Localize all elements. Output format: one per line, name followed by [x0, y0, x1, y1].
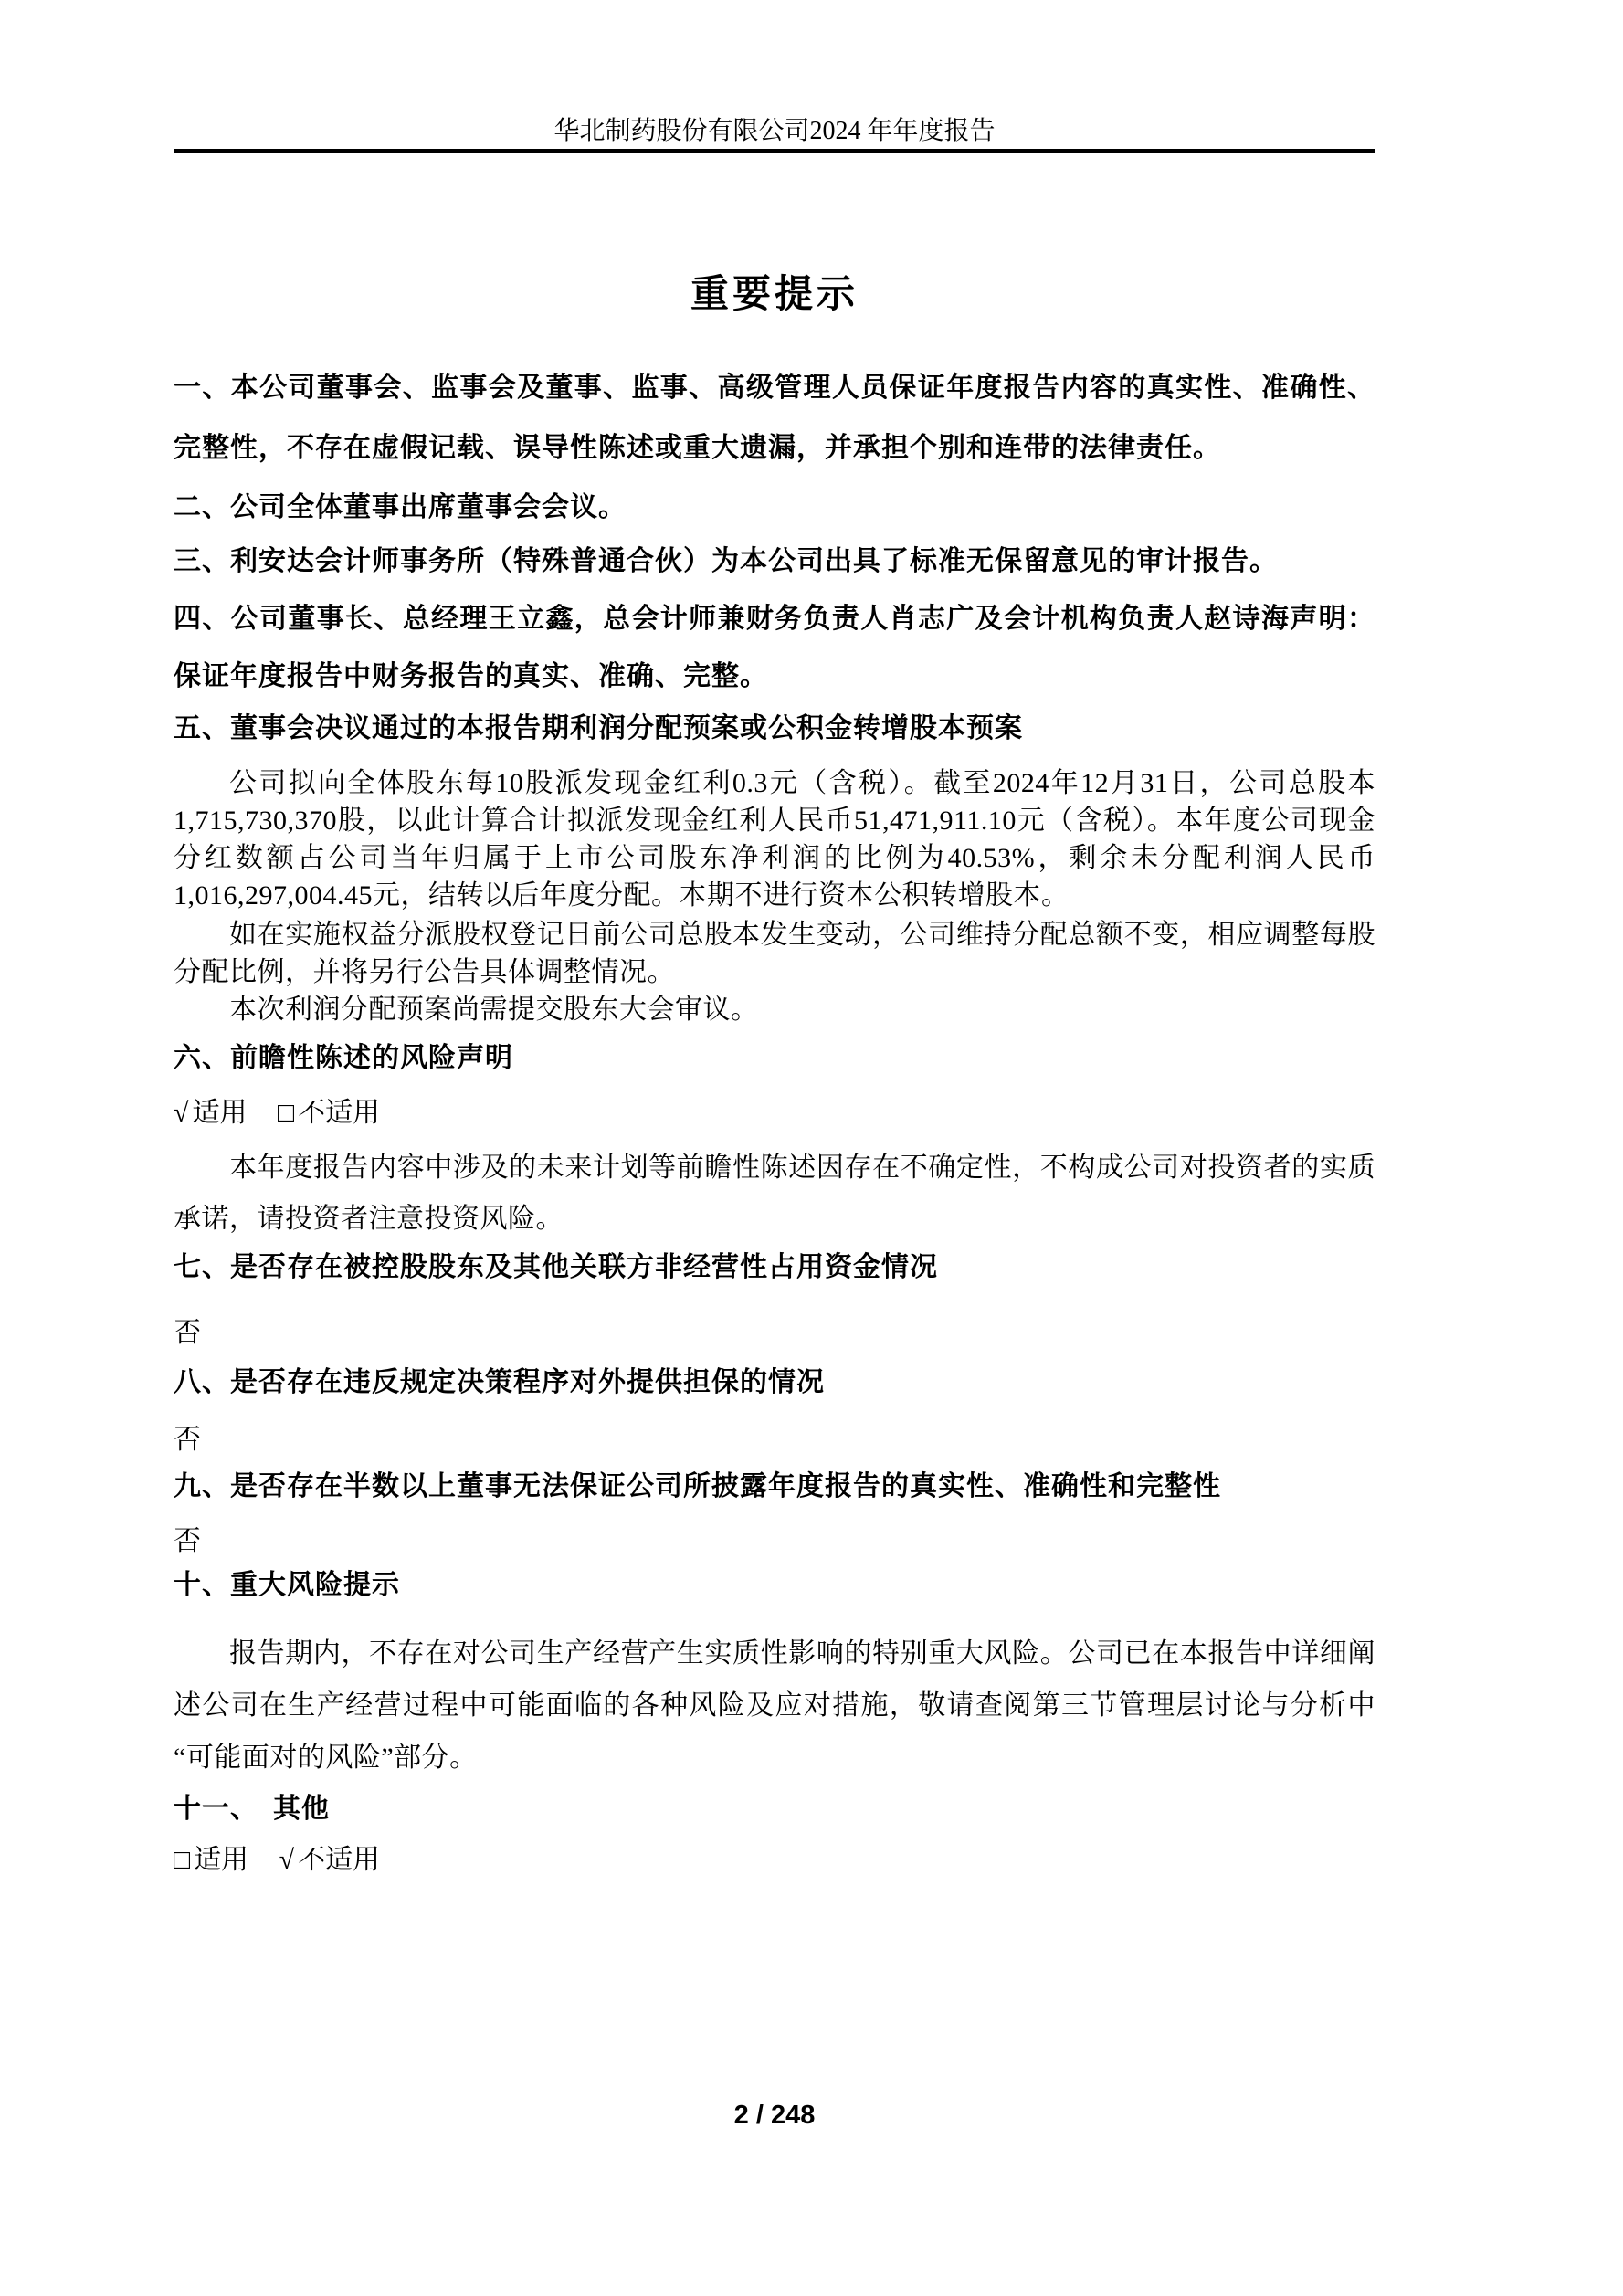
section-2-heading: 二、公司全体董事出席董事会会议。 — [174, 485, 1375, 531]
section-6-paragraph-1: 本年度报告内容中涉及的未来计划等前瞻性陈述因存在不确定性，不构成公司对投资者的实… — [174, 1143, 1375, 1245]
applicable-option: √适用 — [174, 1098, 247, 1128]
report-header-title: 华北制药股份有限公司2024 年年度报告 — [174, 115, 1375, 148]
section-7-heading: 七、是否存在被控股股东及其他关联方非经营性占用资金情况 — [174, 1245, 1375, 1290]
checkbox-icon: □ — [278, 1094, 294, 1132]
page-title: 重要提示 — [174, 272, 1375, 316]
page-number: 2 / 248 — [174, 2099, 1375, 2132]
check-icon: √ — [174, 1094, 188, 1132]
header-rule — [174, 149, 1375, 153]
section-6-applicability-line: √适用 □不适用 — [174, 1094, 1375, 1132]
section-8-heading: 八、是否存在违反规定决策程序对外提供担保的情况 — [174, 1360, 1375, 1406]
section-4-heading: 四、公司董事长、总经理王立鑫，总会计师兼财务负责人肖志广及会计机构负责人赵诗海声… — [174, 590, 1375, 705]
section-1-heading: 一、本公司董事会、监事会及董事、监事、高级管理人员保证年度报告内容的真实性、准确… — [174, 358, 1375, 479]
section-6-heading: 六、前瞻性陈述的风险声明 — [174, 1036, 1375, 1081]
section-5-paragraph-1: 公司拟向全体股东每10股派发现金红利0.3元（含税）。截至2024年12月31日… — [174, 764, 1375, 914]
applicable-label: 适用 — [192, 1094, 247, 1132]
section-9-answer: 否 — [174, 1522, 1375, 1561]
not-applicable-option: □不适用 — [278, 1098, 380, 1128]
not-applicable-option: √不适用 — [279, 1845, 380, 1875]
section-5-paragraph-3: 本次利润分配预案尚需提交股东大会审议。 — [174, 991, 1375, 1028]
section-10-paragraph-1: 报告期内，不存在对公司生产经营产生实质性影响的特别重大风险。公司已在本报告中详细… — [174, 1627, 1375, 1784]
section-11-heading: 十一、 其他 — [174, 1786, 1375, 1832]
page-content: 重要提示 一、本公司董事会、监事会及董事、监事、高级管理人员保证年度报告内容的真… — [174, 256, 1375, 1880]
document-page: 华北制药股份有限公司2024 年年度报告 重要提示 一、本公司董事会、监事会及董… — [0, 0, 1623, 2296]
not-applicable-label: 不适用 — [298, 1841, 380, 1880]
not-applicable-label: 不适用 — [298, 1094, 380, 1132]
section-9-heading: 九、是否存在半数以上董事无法保证公司所披露年度报告的真实性、准确性和完整性 — [174, 1464, 1375, 1510]
section-11-applicability-line: □适用 √不适用 — [174, 1841, 1375, 1880]
check-icon: √ — [279, 1841, 294, 1880]
section-10-heading: 十、重大风险提示 — [174, 1563, 1375, 1608]
section-5-paragraph-2: 如在实施权益分派股权登记日前公司总股本发生变动，公司维持分配总额不变，相应调整每… — [174, 916, 1375, 991]
applicable-label: 适用 — [194, 1841, 248, 1880]
section-7-answer: 否 — [174, 1314, 1375, 1353]
section-3-heading: 三、利安达会计师事务所（特殊普通合伙）为本公司出具了标准无保留意见的审计报告。 — [174, 539, 1375, 585]
checkbox-icon: □ — [174, 1841, 190, 1880]
section-8-answer: 否 — [174, 1421, 1375, 1459]
applicable-option: □适用 — [174, 1845, 248, 1875]
section-5-heading: 五、董事会决议通过的本报告期利润分配预案或公积金转增股本预案 — [174, 706, 1375, 752]
